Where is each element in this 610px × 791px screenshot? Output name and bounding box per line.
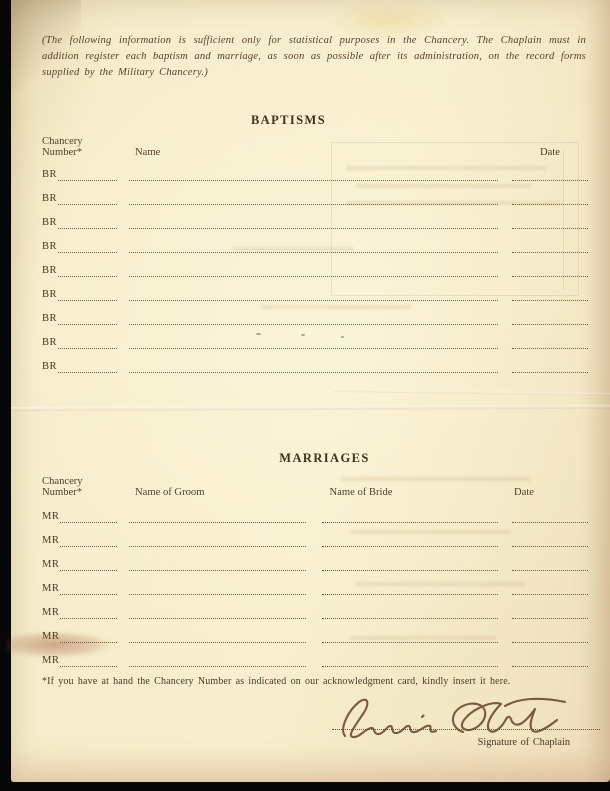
date-field (512, 277, 588, 301)
groom-name-field (129, 595, 306, 619)
row-prefix: BR (42, 240, 57, 253)
column-header-chancery-line2: Number* (42, 487, 117, 498)
column-header-bride: Name of Bride (322, 487, 499, 498)
table-row: BR (42, 277, 588, 301)
chancery-number-field: BR (42, 325, 117, 349)
groom-name-field (129, 499, 306, 523)
groom-name-field (129, 571, 306, 595)
table-row: MR (42, 499, 588, 523)
table-row: MR (42, 523, 588, 547)
chancery-number-field: BR (42, 157, 117, 181)
table-row: MR (42, 547, 588, 571)
table-row: BR (42, 157, 588, 181)
paper-discoloration (11, 746, 610, 782)
chancery-number-field: MR (42, 643, 117, 667)
table-row: MR (42, 619, 588, 643)
date-field (512, 205, 588, 229)
name-field (129, 301, 498, 325)
footnote: *If you have at hand the Chancery Number… (42, 676, 580, 687)
chancery-number-field: MR (42, 547, 117, 571)
table-row: BR (42, 253, 588, 277)
column-header-chancery-line1: Chancery (42, 136, 117, 147)
date-field (512, 499, 588, 523)
chancery-number-field: BR (42, 277, 117, 301)
row-prefix: BR (42, 336, 57, 349)
date-field (512, 301, 588, 325)
marriages-rows: MRMRMRMRMRMRMR (42, 499, 588, 667)
date-field (512, 229, 588, 253)
date-field (512, 619, 588, 643)
column-header-date: Date (512, 487, 588, 498)
row-prefix: MR (42, 606, 59, 619)
date-field (512, 325, 588, 349)
paper-crease (334, 389, 610, 396)
name-field (129, 277, 498, 301)
chancery-number-field: MR (42, 499, 117, 523)
date-field (512, 157, 588, 181)
date-field (512, 547, 588, 571)
bride-name-field (322, 571, 499, 595)
chancery-number-field: BR (42, 229, 117, 253)
date-field (512, 349, 588, 373)
table-row: BR (42, 325, 588, 349)
scanned-page-background: (The following information is sufficient… (0, 0, 610, 791)
row-prefix: BR (42, 192, 57, 205)
bride-name-field (322, 499, 499, 523)
chancery-number-field: MR (42, 523, 117, 547)
chaplain-handwritten-signature (338, 694, 570, 740)
name-field (129, 253, 498, 277)
table-row: BR (42, 181, 588, 205)
name-field (129, 157, 498, 181)
row-prefix: MR (42, 510, 59, 523)
table-row: BR (42, 229, 588, 253)
baptisms-rows: BRBRBRBRBRBRBRBRBR (42, 157, 588, 373)
intro-note: (The following information is sufficient… (42, 33, 586, 81)
marriages-title: MARRIAGES (25, 451, 610, 466)
row-prefix: MR (42, 630, 59, 643)
date-field (512, 571, 588, 595)
row-prefix: BR (42, 312, 57, 325)
date-field (512, 181, 588, 205)
row-prefix: BR (42, 168, 57, 181)
date-field (512, 643, 588, 667)
row-prefix: MR (42, 558, 59, 571)
chancery-number-field: MR (42, 571, 117, 595)
signature-caption: Signature of Chaplain (478, 737, 570, 748)
marriages-header-row: Chancery Number* Name of Groom Name of B… (42, 474, 588, 498)
baptisms-header-row: Chancery Number* Name Date (42, 134, 588, 158)
column-header-chancery: Chancery Number* (42, 136, 117, 158)
baptisms-title: BAPTISMS (0, 113, 588, 128)
column-header-chancery: Chancery Number* (42, 476, 117, 498)
groom-name-field (129, 643, 306, 667)
table-row: MR (42, 643, 588, 667)
date-field (512, 253, 588, 277)
column-header-groom: Name of Groom (129, 487, 306, 498)
chancery-number-field: BR (42, 205, 117, 229)
row-prefix: BR (42, 360, 57, 373)
name-field (129, 349, 498, 373)
table-row: MR (42, 595, 588, 619)
table-row: MR (42, 571, 588, 595)
dotted-leader (58, 371, 117, 373)
chancery-number-field: BR (42, 181, 117, 205)
name-field (129, 229, 498, 253)
bride-name-field (322, 523, 499, 547)
row-prefix: MR (42, 534, 59, 547)
chancery-number-field: MR (42, 619, 117, 643)
column-header-chancery-line1: Chancery (42, 476, 117, 487)
date-field (512, 595, 588, 619)
chancery-number-field: BR (42, 349, 117, 373)
bride-name-field (322, 619, 499, 643)
date-field (512, 523, 588, 547)
bride-name-field (322, 643, 499, 667)
table-row: BR (42, 349, 588, 373)
bride-name-field (322, 547, 499, 571)
row-prefix: BR (42, 288, 57, 301)
row-prefix: MR (42, 582, 59, 595)
table-row: BR (42, 301, 588, 325)
groom-name-field (129, 619, 306, 643)
chancery-number-field: BR (42, 253, 117, 277)
table-row: BR (42, 205, 588, 229)
name-field (129, 325, 498, 349)
chancery-number-field: MR (42, 595, 117, 619)
name-field (129, 205, 498, 229)
dotted-leader (60, 665, 117, 667)
form-page: (The following information is sufficient… (11, 0, 610, 782)
bride-name-field (322, 595, 499, 619)
groom-name-field (129, 547, 306, 571)
groom-name-field (129, 523, 306, 547)
row-prefix: BR (42, 216, 57, 229)
name-field (129, 181, 498, 205)
row-prefix: MR (42, 654, 59, 667)
chancery-number-field: BR (42, 301, 117, 325)
row-prefix: BR (42, 264, 57, 277)
paper-crease (11, 405, 610, 412)
